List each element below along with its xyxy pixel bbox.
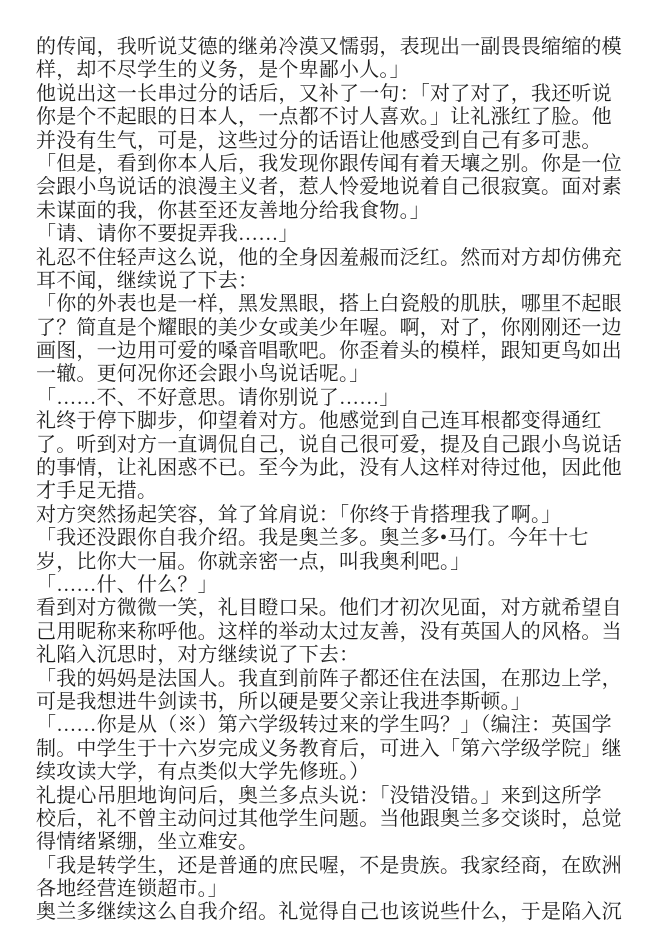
text-line: 「请、请你不要捉弄我……」 xyxy=(36,223,636,246)
text-line: 才手足无措。 xyxy=(36,480,636,503)
text-line: 「……不、不好意思。请你别说了……」 xyxy=(36,387,636,410)
text-line: 可是我想进牛剑读书，所以硬是要父亲让我进李斯顿。」 xyxy=(36,691,636,714)
text-line: 礼忍不住轻声这么说，他的全身因羞赧而泛红。然而对方却仿佛充 xyxy=(36,247,636,270)
text-line: 「我的妈妈是法国人。我直到前阵子都还住在法国，在那边上学， xyxy=(36,668,636,691)
text-line: 对方突然扬起笑容，耸了耸肩说：「你终于肯搭理我了啊。」 xyxy=(36,504,636,527)
text-line: 礼提心吊胆地询问后，奥兰多点头说：「没错没错。」来到这所学 xyxy=(36,785,636,808)
text-line: 「我是转学生，还是普通的庶民喔，不是贵族。我家经商，在欧洲 xyxy=(36,855,636,878)
text-line: 得情绪紧绷，坐立难安。 xyxy=(36,831,636,854)
text-line: 各地经营连锁超市。」 xyxy=(36,878,636,901)
novel-text-block: 的传闻，我听说艾德的继弟冷漠又懦弱，表现出一副畏畏缩缩的模样，却不尽学生的义务，… xyxy=(36,36,636,925)
text-line: 你是个不起眼的日本人，一点都不讨人喜欢。」让礼涨红了脸。他 xyxy=(36,106,636,129)
text-line: 画图，一边用可爱的嗓音唱歌吧。你歪着头的模样，跟知更鸟如出 xyxy=(36,340,636,363)
text-line: 奥兰多继续这么自我介绍。礼觉得自己也该说些什么，于是陷入沉 xyxy=(36,901,636,924)
text-line: 「……什、什么？」 xyxy=(36,574,636,597)
text-line: 了。听到对方一直调侃自己，说自己很可爱，提及自己跟小鸟说话 xyxy=(36,434,636,457)
text-line: 并没有生气，可是，这些过分的话语让他感受到自己有多可悲。 xyxy=(36,130,636,153)
text-line: 校后，礼不曾主动问过其他学生问题。当他跟奥兰多交谈时，总觉 xyxy=(36,808,636,831)
text-line: 岁，比你大一届。你就亲密一点，叫我奥利吧。」 xyxy=(36,551,636,574)
text-line: 未谋面的我，你甚至还友善地分给我食物。」 xyxy=(36,200,636,223)
text-line: 耳不闻，继续说了下去： xyxy=(36,270,636,293)
text-line: 「我还没跟你自我介绍。我是奥兰多。奥兰多•马仃。今年十七 xyxy=(36,527,636,550)
text-line: 他说出这一长串过分的话后，又补了一句：「对了对了，我还听说 xyxy=(36,83,636,106)
text-line: 的传闻，我听说艾德的继弟冷漠又懦弱，表现出一副畏畏缩缩的模 xyxy=(36,36,636,59)
text-line: 了？简直是个耀眼的美少女或美少年喔。啊，对了，你刚刚还一边 xyxy=(36,317,636,340)
text-line: 己用昵称来称呼他。这样的举动太过友善，没有英国人的风格。当 xyxy=(36,621,636,644)
text-line: 会跟小鸟说话的浪漫主义者，惹人怜爱地说着自己很寂寞。面对素 xyxy=(36,176,636,199)
text-line: 礼终于停下脚步，仰望着对方。他感觉到自己连耳根都变得通红 xyxy=(36,410,636,433)
text-line: 「但是，看到你本人后，我发现你跟传闻有着天壤之别。你是一位 xyxy=(36,153,636,176)
text-line: 制。中学生于十六岁完成义务教育后，可进入「第六学级学院」继 xyxy=(36,738,636,761)
text-line: 「……你是从（※）第六学级转过来的学生吗？」（编注：英国学 xyxy=(36,714,636,737)
text-line: 的事情，让礼困惑不已。至今为此，没有人这样对待过他，因此他 xyxy=(36,457,636,480)
text-line: 一辙。更何况你还会跟小鸟说话呢。」 xyxy=(36,363,636,386)
text-line: 续攻读大学，有点类似大学先修班。） xyxy=(36,761,636,784)
text-line: 「你的外表也是一样，黑发黑眼，搭上白瓷般的肌肤，哪里不起眼 xyxy=(36,293,636,316)
text-line: 样，却不尽学生的义务，是个卑鄙小人。」 xyxy=(36,59,636,82)
text-line: 看到对方微微一笑，礼目瞪口呆。他们才初次见面，对方就希望自 xyxy=(36,597,636,620)
novel-page: 的传闻，我听说艾德的继弟冷漠又懦弱，表现出一副畏畏缩缩的模样，却不尽学生的义务，… xyxy=(0,0,662,935)
text-line: 礼陷入沉思时，对方继续说了下去： xyxy=(36,644,636,667)
